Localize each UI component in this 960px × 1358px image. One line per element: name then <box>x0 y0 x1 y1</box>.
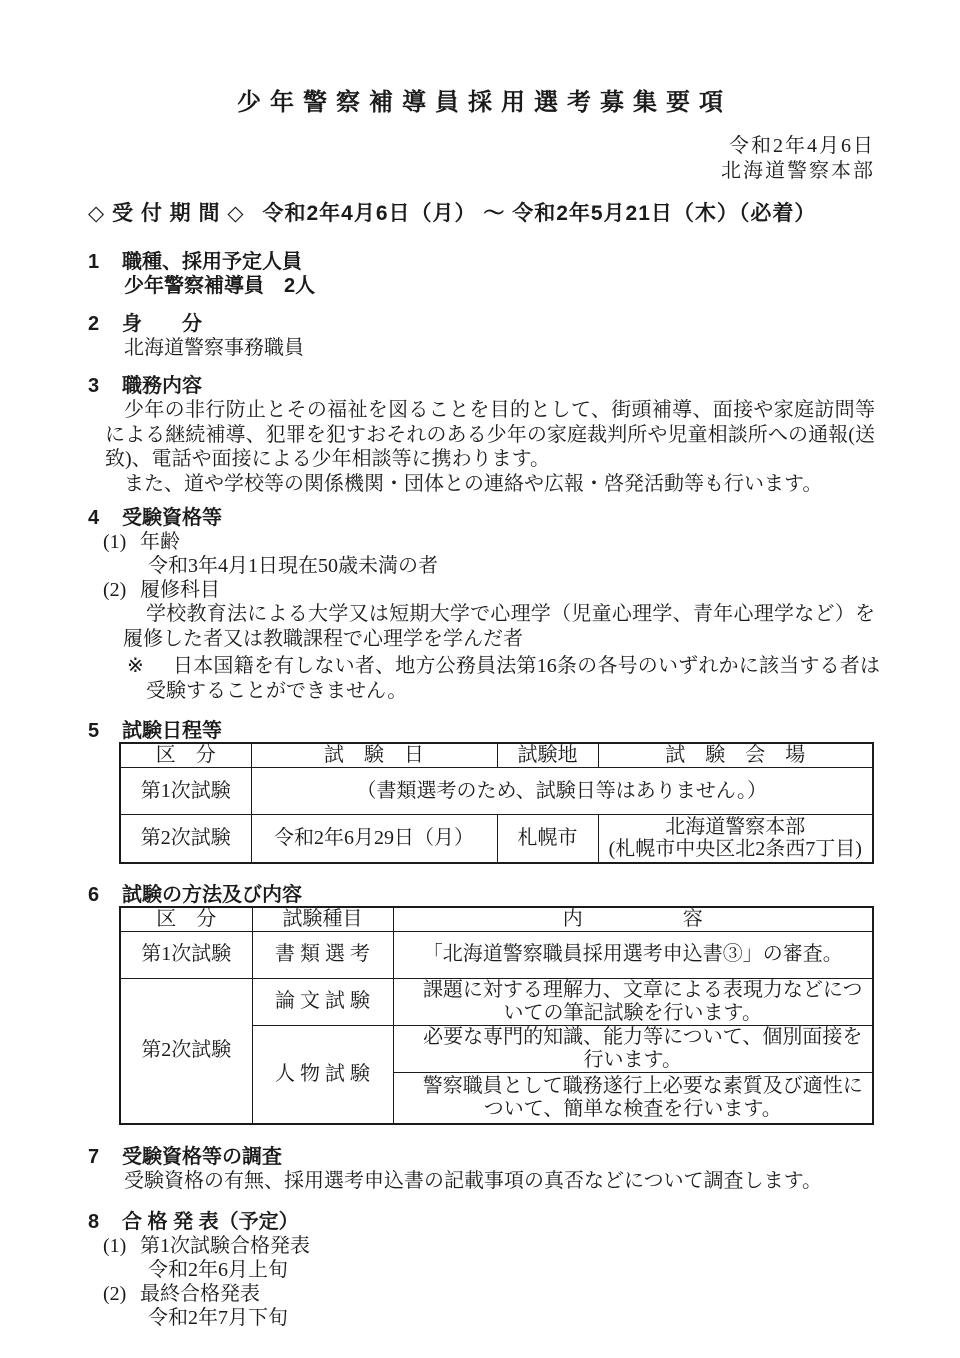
section-2-body: 北海道警察事務職員 <box>105 336 875 360</box>
reception-period-value: 令和2年4月6日（月） ～ 令和2年5月21日（木）（必着） <box>262 202 816 225</box>
section-title: 職種、採用予定人員 <box>122 251 302 273</box>
table-header-row: 区 分 試験種目 内 容 <box>120 907 873 932</box>
item-label: 履修科目 <box>140 579 220 601</box>
section-title: 受験資格等の調査 <box>122 1146 282 1168</box>
document-page: 少年警察補導員採用選考募集要項 令和2年4月6日 北海道警察本部 ◇ 受 付 期… <box>0 0 960 1358</box>
item-label: 第1次試験合格発表 <box>140 1235 310 1257</box>
col-header-exam-type: 試験種目 <box>252 907 393 932</box>
section-4-item-2-label-row: (2)履修科目 <box>0 578 960 602</box>
section-4-heading: 4受験資格等 <box>0 506 960 530</box>
item-label: 最終合格発表 <box>140 1283 260 1305</box>
cell-personal-exam: 人 物 試 験 <box>252 1025 393 1124</box>
table-row: 第2次試験 令和2年6月29日（月） 札幌市 北海道警察本部 (札幌市中央区北2… <box>120 815 873 863</box>
table-row: 第2次試験 論 文 試 験 課題に対する理解力、文章による表現力などについての筆… <box>120 978 873 1025</box>
section-number: 7 <box>88 1145 122 1169</box>
section-8-item-2-body: 令和2年7月下旬 <box>148 1306 960 1330</box>
section-number: 1 <box>88 250 122 274</box>
section-8-item-1-label-row: (1)第1次試験合格発表 <box>0 1234 960 1258</box>
section-3-paragraph-1: 少年の非行防止とその福祉を図ることを目的として、街頭補導、面接や家庭訪問等による… <box>105 398 875 472</box>
section-number: 4 <box>88 506 122 530</box>
table-row: 第1次試験 （書類選考のため、試験日等はありません。） <box>120 768 873 815</box>
cell-essay-exam-content: 課題に対する理解力、文章による表現力などについての筆記試験を行います。 <box>393 978 873 1025</box>
section-8-heading: 8合 格 発 表（予定） <box>0 1210 960 1234</box>
section-8-item-2-label-row: (2)最終合格発表 <box>0 1282 960 1306</box>
col-header-content: 内 容 <box>393 907 873 932</box>
section-1-body: 少年警察補導員 2人 <box>105 274 875 298</box>
exam-method-table: 区 分 試験種目 内 容 第1次試験 書 類 選 考 「北海道警察職員採用選考申… <box>119 906 874 1126</box>
reference-mark: ※ <box>127 654 144 679</box>
date-block: 令和2年4月6日 北海道警察本部 <box>0 134 960 184</box>
cell-aptitude-content: 警察職員として職務遂行上必要な素質及び適性について、簡単な検査を行います。 <box>393 1072 873 1124</box>
item-number: (2) <box>103 578 140 602</box>
section-4-item-1-label-row: (1)年齢 <box>0 530 960 554</box>
section-4-note: ※日本国籍を有しない者、地方公務員法第16条の各号のいずれかに該当する者は受験す… <box>146 654 880 704</box>
item-number: (2) <box>103 1282 140 1306</box>
cell-interview-content: 必要な専門的知識、能力等について、個別面接を行います。 <box>393 1025 873 1072</box>
section-number: 5 <box>88 720 122 742</box>
col-header-category: 区 分 <box>120 743 251 768</box>
section-title: 受験資格等 <box>122 507 222 529</box>
cell-second-exam-date: 令和2年6月29日（月） <box>251 815 497 863</box>
section-4-item-2-body: 学校教育法による大学又は短期大学で心理学（児童心理学、青年心理学など）を履修した… <box>123 602 875 651</box>
section-3-paragraph-2: また、道や学校等の関係機関・団体との連絡や広報・啓発活動等も行います。 <box>105 472 875 497</box>
section-7-heading: 7受験資格等の調査 <box>0 1145 960 1169</box>
section-4-item-1-body: 令和3年4月1日現在50歳未満の者 <box>148 554 960 578</box>
cell-second-exam-venue: 北海道警察本部 (札幌市中央区北2条西7丁目) <box>598 815 873 863</box>
note-text: 日本国籍を有しない者、地方公務員法第16条の各号のいずれかに該当する者は受験する… <box>146 655 880 702</box>
item-number: (1) <box>103 530 140 554</box>
section-3-heading: 3職務内容 <box>0 374 960 398</box>
table-header-row: 区 分 試 験 日 試験地 試 験 会 場 <box>120 743 873 768</box>
col-header-exam-location: 試験地 <box>497 743 598 768</box>
section-1-heading: 1職種、採用予定人員 <box>0 250 960 274</box>
cell-second-exam: 第2次試験 <box>120 978 252 1124</box>
section-number: 2 <box>88 312 122 336</box>
cell-document-screening: 書 類 選 考 <box>252 931 393 978</box>
exam-schedule-table: 区 分 試 験 日 試験地 試 験 会 場 第1次試験 （書類選考のため、試験日… <box>119 742 874 864</box>
col-header-exam-venue: 試 験 会 場 <box>598 743 873 768</box>
section-7-body: 受験資格の有無、採用選考申込書の記載事項の真否などについて調査します。 <box>105 1169 875 1193</box>
section-6-heading: 6試験の方法及び内容 <box>0 884 960 906</box>
section-5-heading: 5試験日程等 <box>0 720 960 742</box>
issuer-name: 北海道警察本部 <box>0 159 875 184</box>
item-number: (1) <box>103 1234 140 1258</box>
table-row: 第1次試験 書 類 選 考 「北海道警察職員採用選考申込書③」の審査。 <box>120 931 873 978</box>
section-title: 試験日程等 <box>122 720 222 742</box>
reception-period-label: ◇ 受 付 期 間 ◇ <box>88 202 244 225</box>
col-header-category: 区 分 <box>120 907 252 932</box>
section-number: 6 <box>88 884 122 906</box>
section-2-heading: 2身 分 <box>0 312 960 336</box>
cell-second-exam-location: 札幌市 <box>497 815 598 863</box>
cell-first-exam: 第1次試験 <box>120 768 251 815</box>
col-header-exam-date: 試 験 日 <box>251 743 497 768</box>
cell-second-exam: 第2次試験 <box>120 815 251 863</box>
cell-first-exam-note: （書類選考のため、試験日等はありません。） <box>251 768 873 815</box>
section-title: 身 分 <box>122 313 202 335</box>
section-title: 試験の方法及び内容 <box>122 884 302 906</box>
venue-address: (札幌市中央区北2条西7丁目) <box>603 838 869 860</box>
venue-name: 北海道警察本部 <box>603 816 869 838</box>
cell-essay-exam: 論 文 試 験 <box>252 978 393 1025</box>
item-label: 年齢 <box>140 531 180 553</box>
issue-date: 令和2年4月6日 <box>0 134 875 159</box>
cell-first-exam: 第1次試験 <box>120 931 252 978</box>
section-title: 合 格 発 表（予定） <box>122 1211 299 1233</box>
section-number: 3 <box>88 374 122 398</box>
section-title: 職務内容 <box>122 375 202 397</box>
page-title: 少年警察補導員採用選考募集要項 <box>0 90 960 116</box>
section-8-item-1-body: 令和2年6月上旬 <box>148 1258 960 1282</box>
section-number: 8 <box>88 1210 122 1234</box>
reception-period-banner: ◇ 受 付 期 間 ◇令和2年4月6日（月） ～ 令和2年5月21日（木）（必着… <box>0 200 960 228</box>
cell-document-screening-content: 「北海道警察職員採用選考申込書③」の審査。 <box>393 931 873 978</box>
